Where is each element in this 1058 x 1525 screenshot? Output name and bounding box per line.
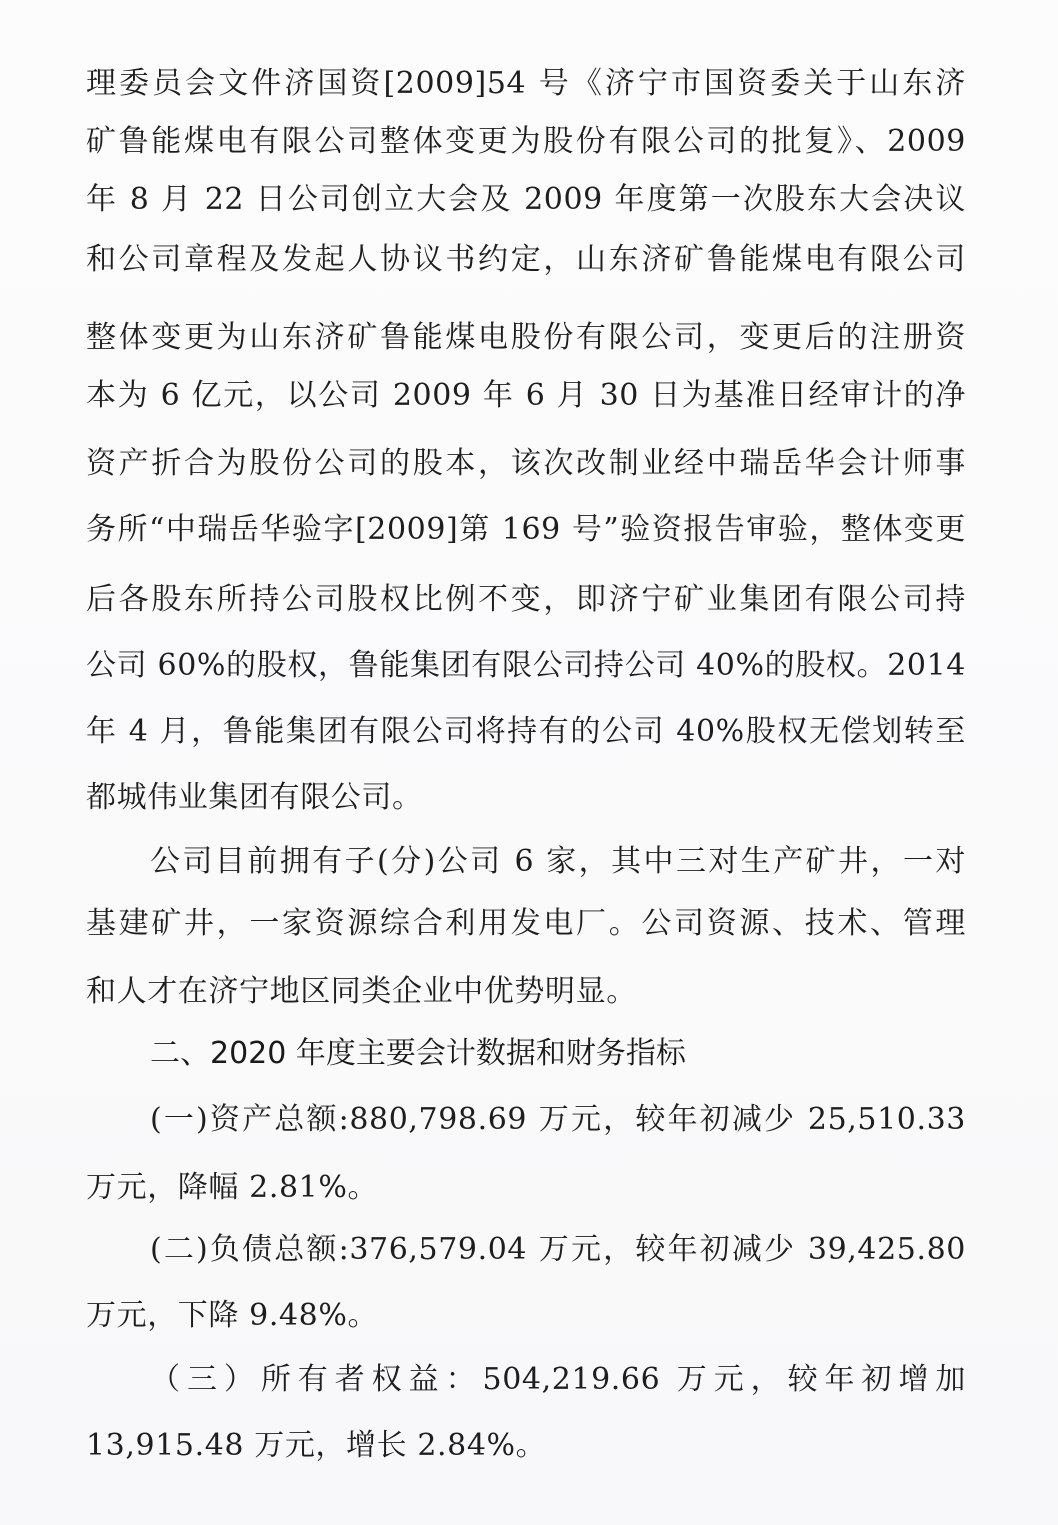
text-line: 都城伟业集团有限公司。 — [86, 778, 966, 818]
text-line: 和人才在济宁地区同类企业中优势明显。 — [86, 972, 966, 1012]
text-line: 理委员会文件济国资[2009]54 号《济宁市国资委关于山东济 — [86, 64, 966, 104]
text-line: 13,915.48 万元，增长 2.84%。 — [86, 1426, 966, 1466]
text-line: 年 8 月 22 日公司创立大会及 2009 年度第一次股东大会决议 — [86, 180, 966, 220]
text-line: 万元，下降 9.48%。 — [86, 1296, 966, 1336]
text-line: 万元，降幅 2.81%。 — [86, 1168, 966, 1208]
text-line: （三）所有者权益：504,219.66 万元，较年初增加 — [150, 1360, 966, 1400]
text-line: 基建矿井，一家资源综合利用发电厂。公司资源、技术、管理 — [86, 904, 966, 944]
text-line: 务所“中瑞岳华验字[2009]第 169 号”验资报告审验，整体变更 — [86, 510, 966, 550]
text-line: 资产折合为股份公司的股本，该次改制业经中瑞岳华会计师事 — [86, 444, 966, 484]
document-page: 理委员会文件济国资[2009]54 号《济宁市国资委关于山东济 矿鲁能煤电有限公… — [0, 0, 1058, 1525]
text-line: 公司 60%的股权，鲁能集团有限公司持公司 40%的股权。2014 — [86, 646, 966, 686]
text-line: 和公司章程及发起人协议书约定，山东济矿鲁能煤电有限公司 — [86, 240, 966, 280]
section-heading: 二、2020 年度主要会计数据和财务指标 — [150, 1034, 686, 1074]
text-line: 整体变更为山东济矿鲁能煤电股份有限公司，变更后的注册资 — [86, 318, 966, 358]
text-line: 公司目前拥有子(分)公司 6 家，其中三对生产矿井，一对 — [150, 842, 966, 882]
text-line: (一)资产总额:880,798.69 万元，较年初减少 25,510.33 — [150, 1100, 966, 1140]
text-line: (二)负债总额:376,579.04 万元，较年初减少 39,425.80 — [150, 1230, 966, 1270]
text-line: 后各股东所持公司股权比例不变，即济宁矿业集团有限公司持 — [86, 580, 966, 620]
text-line: 本为 6 亿元，以公司 2009 年 6 月 30 日为基准日经审计的净 — [86, 376, 966, 416]
text-line: 年 4 月，鲁能集团有限公司将持有的公司 40%股权无偿划转至 — [86, 712, 966, 752]
text-line: 矿鲁能煤电有限公司整体变更为股份有限公司的批复》、2009 — [86, 122, 966, 162]
